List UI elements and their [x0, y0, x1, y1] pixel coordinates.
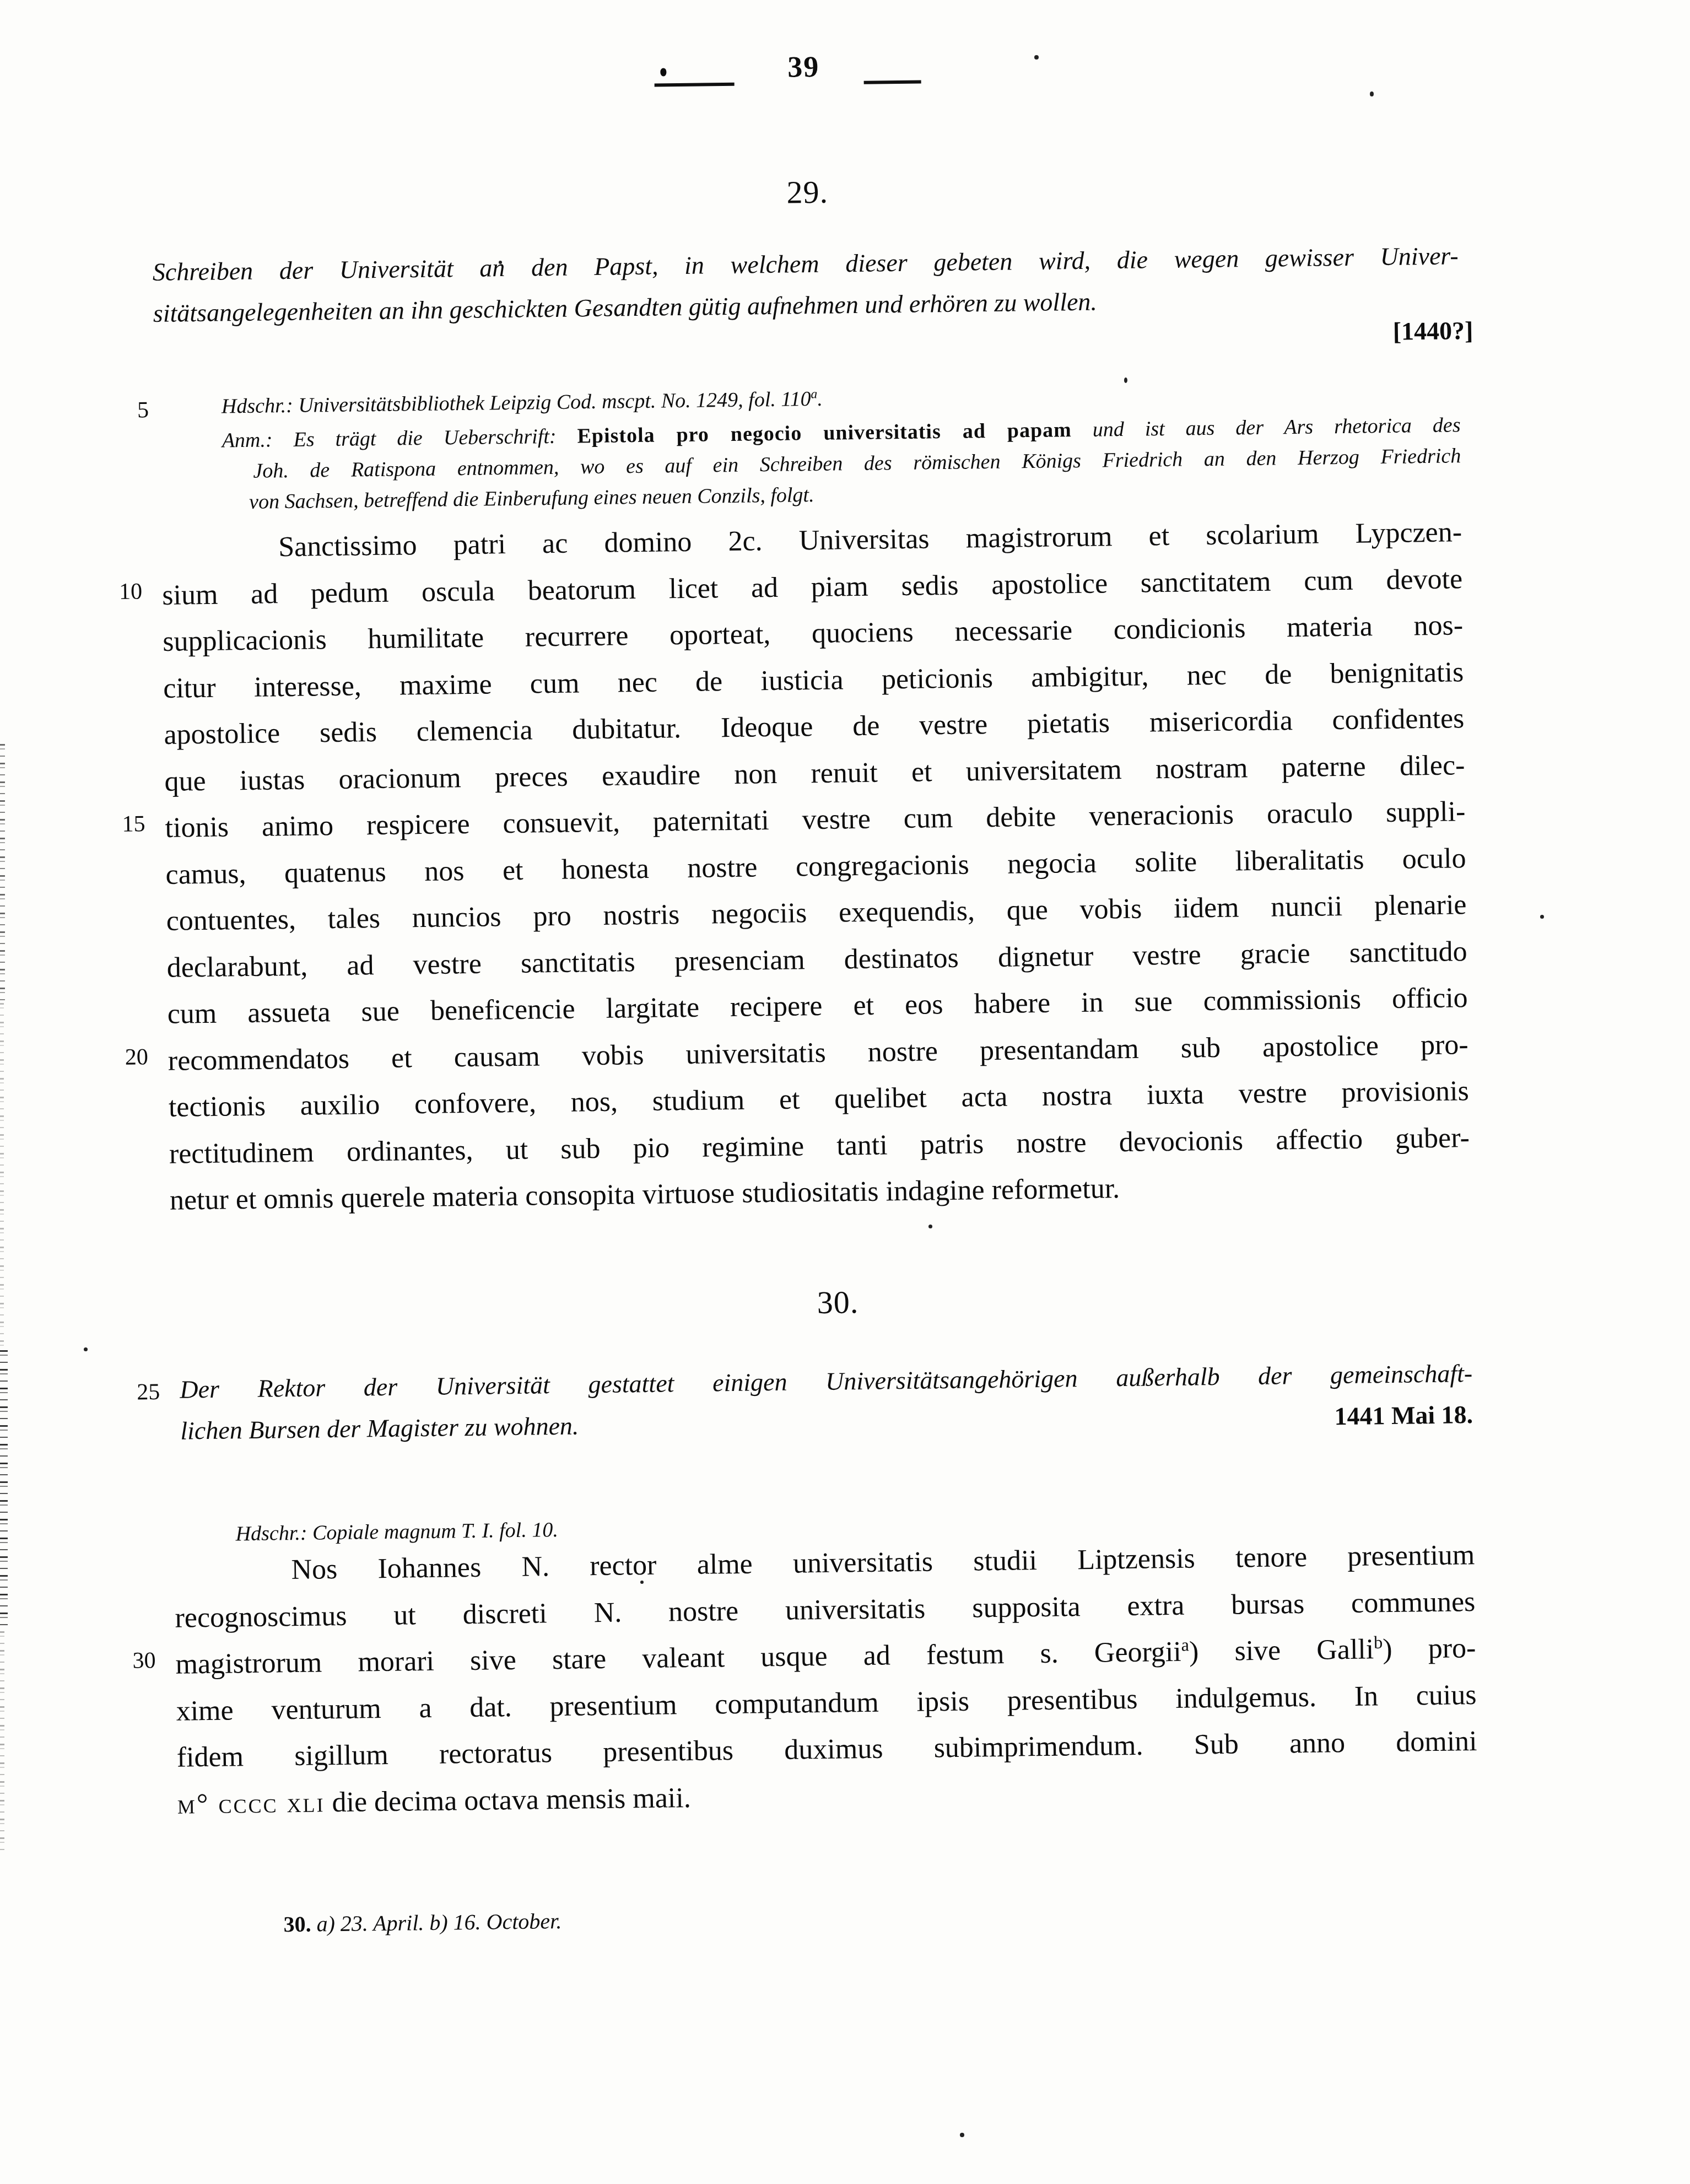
- header-rule-right: [864, 80, 921, 84]
- year-small-caps: m° cccc xli: [177, 1787, 325, 1820]
- page-content: 39 29. Schreiben der Universität an den …: [155, 41, 1456, 120]
- section-30-number: 30.: [187, 1276, 1488, 1329]
- margin-line-number: 5: [117, 398, 149, 422]
- hdschr-text: Copiale magnum T. I. fol. 10.: [307, 1518, 558, 1545]
- dust-speck: [960, 2133, 964, 2137]
- dust-speck: [1034, 55, 1039, 60]
- section-29-anm: Anm.: Es trägt die Ueberschrift: Epistol…: [160, 413, 1461, 522]
- section-30-body: Nos Iohannes N. rector alme universitati…: [174, 1536, 1478, 1832]
- margin-line-number: 20: [125, 1045, 158, 1069]
- margin-line-number: 25: [137, 1380, 169, 1404]
- anm-label: Anm.:: [222, 428, 272, 452]
- footnote: 30. a) 23. April. b) 16. October.: [283, 1896, 1473, 1937]
- folio-superscript: a: [811, 387, 817, 401]
- anm-latin-title: Epistola pro negocio universitatis ad pa…: [577, 418, 1072, 447]
- page-number: 39: [743, 49, 865, 85]
- dust-speck: [499, 261, 502, 264]
- hdschr-text: Universitätsbibliothek Leipzig Cod. mscp…: [293, 387, 811, 417]
- hdschr-label: Hdschr.:: [222, 394, 293, 418]
- dust-speck: [84, 1347, 88, 1351]
- section-29-body: Sanctissimo patri ac domino 2c. Universi…: [161, 513, 1471, 1228]
- dust-speck: [1124, 378, 1127, 383]
- section-30-summary: 25Der Rektor der Universität gestattet e…: [180, 1358, 1473, 1457]
- note-ref-b: b: [1374, 1632, 1383, 1652]
- scan-edge-artifact: [0, 1003, 4, 1350]
- anm-italic: und ist aus der Ars rhetorica des: [1072, 413, 1461, 441]
- section-30-date: 1441 Mai 18.: [1334, 1400, 1473, 1431]
- scan-edge-artifact: [0, 744, 5, 1003]
- margin-line-number: 10: [119, 580, 152, 603]
- margin-line-number: 30: [132, 1649, 165, 1673]
- margin-line-number: 15: [122, 812, 154, 836]
- scan-edge-artifact: [0, 1350, 8, 1631]
- dust-speck: [1540, 915, 1544, 919]
- summary-text: lichen Bursen der Magister zu wohnen.: [180, 1411, 579, 1446]
- anm-italic: Es trägt die Ueberschrift:: [272, 424, 577, 451]
- footnote-ref: 30.: [283, 1912, 311, 1937]
- note-ref-a: a: [1181, 1635, 1189, 1654]
- scan-edge-artifact: [0, 1631, 4, 1852]
- footnote-text: a) 23. April. b) 16. October.: [311, 1908, 561, 1937]
- header-rule-left: [655, 83, 735, 87]
- hdschr-text-end: .: [817, 387, 823, 411]
- dust-speck: [640, 1581, 644, 1584]
- dust-speck: [928, 1225, 932, 1228]
- scanned-book-page: 39 29. Schreiben der Universität an den …: [0, 0, 1690, 2184]
- dust-speck: [1370, 91, 1374, 96]
- header-dot: [660, 68, 666, 76]
- hdschr-label: Hdschr.:: [235, 1522, 307, 1546]
- section-29-number: 29.: [157, 165, 1458, 219]
